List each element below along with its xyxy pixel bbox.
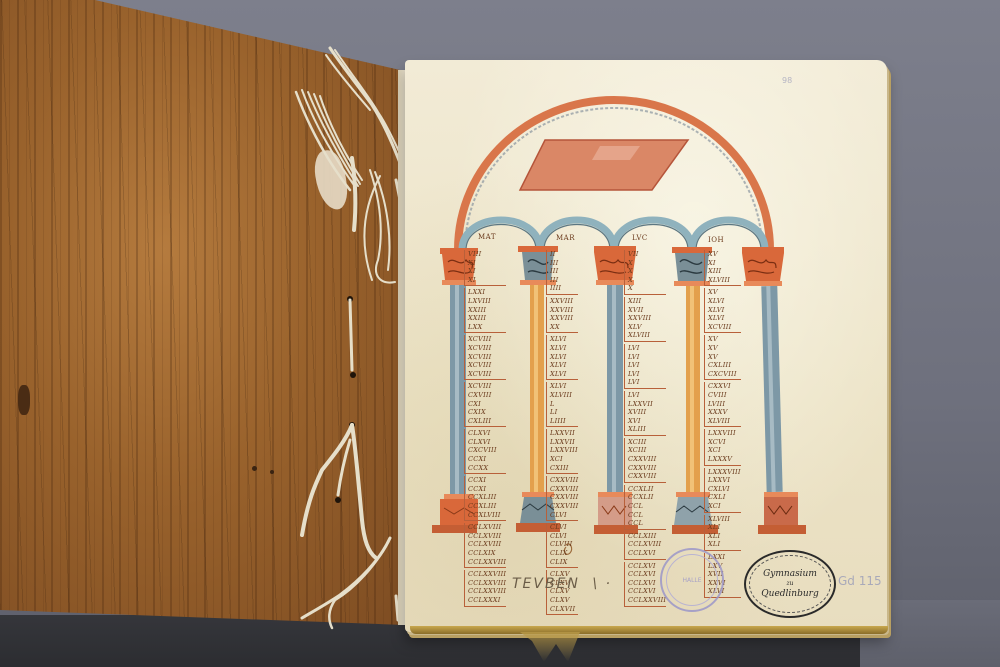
canon-numeral: CXXVIII — [628, 472, 666, 481]
canon-numeral: XI — [468, 259, 506, 268]
numeral-group: CLVICLVICLVIIICLIXCLIX — [546, 523, 578, 568]
canon-numeral: CCXLII — [628, 485, 666, 494]
canon-numeral: CLVI — [550, 523, 578, 532]
canon-numeral-column-ioh: XVXIXIIIXLVIIIXVXLVIXLVIXLVIXCVIIIXVXVXV… — [704, 250, 741, 600]
canon-numeral: LXXXV — [708, 455, 741, 464]
canon-numeral: XLVIII — [708, 515, 741, 524]
canon-numeral: XLIII — [628, 425, 666, 434]
canon-numeral: CXI — [468, 400, 506, 409]
canon-numeral: XX — [550, 323, 578, 332]
canon-numeral: XLI — [708, 532, 741, 541]
canon-numeral: X — [628, 267, 666, 276]
canon-numeral: VIII — [468, 250, 506, 259]
canon-numeral: III — [550, 259, 578, 268]
canon-numeral: CXVIII — [468, 391, 506, 400]
canon-numeral: XLVI — [550, 370, 578, 379]
canon-numeral: LXXI — [468, 288, 506, 297]
canon-numeral: LVI — [628, 353, 666, 362]
numeral-group: XVXIXIIIXLVIII — [704, 250, 741, 286]
canon-numeral: LXXVII — [628, 400, 666, 409]
canon-numeral-column-mar: IIIIIIIIIIIIIIIXXVIIIXXVIIIXXVIIIXXXLVIX… — [546, 250, 578, 617]
numeral-group: CCLXVIIICCLXVIIICCLXVIIICCLXIXCCLXXVIII — [464, 523, 506, 568]
canon-numeral: XV — [708, 250, 741, 259]
numeral-group: CCXLIICCXLIICCLCCLCCL — [624, 485, 666, 530]
canon-numeral: XLVIII — [550, 391, 578, 400]
canon-numeral: XCVIII — [468, 344, 506, 353]
numeral-group: XVXLVIXLVIXLVIXCVIII — [704, 288, 741, 333]
canon-numeral: CCXI — [468, 455, 506, 464]
canon-numeral: CCLXVI — [628, 549, 666, 558]
canon-numeral: XLI — [708, 540, 741, 549]
canon-numeral: XLVI — [708, 306, 741, 315]
canon-numeral: CCLXIX — [468, 549, 506, 558]
canon-numeral: XCVIII — [468, 335, 506, 344]
canon-numeral: CLXVII — [550, 605, 578, 614]
canon-numeral: XV — [708, 353, 741, 362]
signature-trailing: \ · — [592, 576, 612, 592]
canon-numeral: LVI — [628, 370, 666, 379]
canon-numeral: CLVI — [550, 532, 578, 541]
canon-numeral: CXXVIII — [628, 455, 666, 464]
library-stamp-violet: HALLE — [660, 548, 724, 612]
canon-numeral: CCXLVIII — [468, 511, 506, 520]
canon-numeral: CXXVI — [708, 382, 741, 391]
canon-numeral: CLXV — [550, 596, 578, 605]
header-luc: LVC — [632, 234, 648, 242]
canon-numeral: CCXI — [468, 485, 506, 494]
numeral-group: XCVIIICXVIIICXICXIXCXLIII — [464, 382, 506, 427]
canon-numeral: XXVIII — [628, 314, 666, 323]
canon-numeral: L — [550, 400, 578, 409]
canon-numeral: CCLXXVIII — [468, 570, 506, 579]
canon-numeral: LVI — [628, 391, 666, 400]
canon-numeral: CXXVIII — [550, 485, 578, 494]
canon-numeral: LXXVII — [550, 429, 578, 438]
canon-numeral: LXXVII — [550, 438, 578, 447]
canon-numeral: XVIII — [628, 408, 666, 417]
numeral-group: CCLXXVIIICCLXXVIIICCLXXVIIICCLXXXI — [464, 570, 506, 606]
header-label: IOH — [708, 236, 724, 244]
canon-numeral: XV — [708, 288, 741, 297]
canon-numeral: X — [628, 284, 666, 293]
canon-numeral: XXXV — [708, 408, 741, 417]
canon-numeral: CXLIII — [468, 417, 506, 426]
canon-numeral: CCXLII — [628, 493, 666, 502]
header-label: MAT — [478, 233, 496, 241]
numeral-group: XLVIXLVIXLVIXLVIXLVI — [546, 335, 578, 380]
canon-numeral: CCLXVIII — [468, 532, 506, 541]
numeral-group: IIIIIIIIIIIIIII — [546, 250, 578, 295]
canon-numeral: XLVIII — [628, 331, 666, 340]
canon-numeral: CLXVI — [468, 438, 506, 447]
canon-numeral: CCLXVIII — [628, 540, 666, 549]
canon-numeral: XXVIII — [550, 297, 578, 306]
canon-numeral: CXCVIII — [708, 370, 741, 379]
folio-mark: 98 — [782, 76, 792, 85]
canon-numeral: LXXVIII — [708, 429, 741, 438]
canon-numeral: CXXVIII — [550, 476, 578, 485]
canon-numeral: CXLVI — [708, 485, 741, 494]
canon-numeral: LXXVI — [708, 476, 741, 485]
header-label: MAR — [556, 234, 575, 242]
canon-numeral: XLVI — [708, 297, 741, 306]
canon-numeral: XLVI — [550, 344, 578, 353]
canon-numeral-column-mat: VIIIXIXIXILXXILXVIIIXXIIIXXIIILXXXCVIIIX… — [464, 250, 506, 609]
canon-numeral: XLI — [708, 523, 741, 532]
canon-numeral: XLVIII — [708, 276, 741, 285]
numeral-group: XXVIIIXXVIIIXXVIIIXX — [546, 297, 578, 333]
canon-numeral: XLVI — [550, 382, 578, 391]
stamp-inner-ring — [666, 554, 718, 606]
canon-numeral: XV — [708, 344, 741, 353]
canon-numeral: CCL — [628, 511, 666, 520]
numeral-group: CXXVICVIIILVIIIXXXVXLVIII — [704, 382, 741, 427]
canon-numeral: XLV — [628, 323, 666, 332]
canon-numeral: XI — [468, 267, 506, 276]
numeral-group: CLXVICLXVICXCVIIICCXICCXX — [464, 429, 506, 474]
canon-numeral: XCVIII — [468, 361, 506, 370]
shelfmark: Gd 115 — [838, 574, 882, 588]
canon-numeral: CLVI — [550, 511, 578, 520]
header-mar: MAR — [556, 234, 575, 242]
canon-numeral: III — [550, 267, 578, 276]
canon-numeral: CCLXXVIII — [628, 596, 666, 605]
numeral-group: VIIXXXX — [624, 250, 666, 295]
numeral-group: CXXVIIICXXVIIICXXVIIICXXVIIICLVI — [546, 476, 578, 521]
numeral-group: XIIIXVIIXXVIIIXLVXLVIII — [624, 297, 666, 342]
canon-numeral: XCVIII — [468, 370, 506, 379]
canon-numeral: XXVIII — [550, 306, 578, 315]
canon-numeral: LVI — [628, 361, 666, 370]
canon-numeral: CXXVIII — [550, 493, 578, 502]
canon-numeral: CLXVI — [468, 429, 506, 438]
canon-numeral: CLIX — [550, 558, 578, 567]
canon-numeral: CXIX — [468, 408, 506, 417]
canon-numeral: XLVI — [550, 361, 578, 370]
header-ioh: IOH — [708, 236, 724, 244]
canon-numeral: XLVI — [708, 314, 741, 323]
canon-numeral: XIII — [628, 297, 666, 306]
canon-numeral: LXX — [468, 323, 506, 332]
stamp-inner-ring — [749, 555, 831, 613]
canon-numeral: CLIX — [550, 549, 578, 558]
canon-numeral: XXVIII — [550, 314, 578, 323]
numeral-group: CCXICCXICCXLIIICCXLIIICCXLVIII — [464, 476, 506, 521]
canon-numeral: XCIII — [628, 446, 666, 455]
canon-numeral: X — [628, 276, 666, 285]
numeral-group: LVILVILVILVILVI — [624, 344, 666, 389]
canon-numeral: IIII — [550, 284, 578, 293]
canon-numeral: XLVI — [550, 335, 578, 344]
canon-numeral: CXXVIII — [628, 464, 666, 473]
canon-numeral: VII — [628, 250, 666, 259]
canon-numeral: XV — [708, 335, 741, 344]
owner-signature: TEVBEN \ · — [512, 576, 612, 592]
canon-numeral: CCLXVIII — [468, 540, 506, 549]
canon-numeral: LXVIII — [468, 297, 506, 306]
canon-numeral: XI — [468, 276, 506, 285]
canon-numeral: LVIII — [708, 400, 741, 409]
numeral-group: LXXILXVIIIXXIIIXXIIILXX — [464, 288, 506, 333]
canon-numeral: XI — [708, 259, 741, 268]
header-mat: MAT — [478, 233, 496, 241]
numeral-group: XLVIXLVIIILLILIIII — [546, 382, 578, 427]
canon-numeral: CCXI — [468, 476, 506, 485]
numeral-group: LXXVIILXXVIILXXVIIIXCICXIII — [546, 429, 578, 474]
canon-numeral: XCIII — [628, 438, 666, 447]
canon-numeral: CCLXXVIII — [468, 579, 506, 588]
canon-numeral: XCVI — [708, 438, 741, 447]
numeral-group: XCIIIXCIIICXXVIIICXXVIIICXXVIII — [624, 438, 666, 483]
canon-numeral: LI — [550, 408, 578, 417]
numeral-group: VIIIXIXIXI — [464, 250, 506, 286]
canon-numeral: CXLIII — [708, 361, 741, 370]
canon-numeral: XVI — [628, 417, 666, 426]
canon-numeral: CCL — [628, 502, 666, 511]
canon-numeral: II — [550, 250, 578, 259]
canon-numeral: XCI — [708, 446, 741, 455]
canon-numeral: X — [628, 259, 666, 268]
canon-numeral: CCLXXVIII — [468, 558, 506, 567]
canon-numeral: CCLXIII — [628, 532, 666, 541]
header-label: LVC — [632, 234, 648, 242]
canon-numeral: XLVI — [550, 353, 578, 362]
canon-numeral: LXXVIII — [550, 446, 578, 455]
canon-numeral: LIIII — [550, 417, 578, 426]
numeral-group: XLVIIIXLIXLIXLI — [704, 515, 741, 551]
canon-numeral: CCXLIII — [468, 502, 506, 511]
canon-numeral: XIII — [708, 267, 741, 276]
canon-numeral: LVI — [628, 344, 666, 353]
canon-numeral: CXCVIII — [468, 446, 506, 455]
canon-numeral: LVI — [628, 378, 666, 387]
canon-numeral: XCI — [708, 502, 741, 511]
canon-numeral: CCL — [628, 519, 666, 528]
canon-numeral: CCLXXVIII — [468, 587, 506, 596]
canon-numeral: CCLXXXI — [468, 596, 506, 605]
numeral-group: CCLXIIICCLXVIIICCLXVI — [624, 532, 666, 560]
numeral-group: LXXVIIIXCVIXCILXXXV — [704, 429, 741, 465]
canon-numeral: CCLXVI — [628, 562, 666, 571]
gymnasium-stamp: Gymnasium zu Quedlinburg — [744, 550, 836, 618]
canon-numeral: XCVIII — [468, 382, 506, 391]
canon-numeral: CLVIII — [550, 540, 578, 549]
canon-numeral: CXXVIII — [550, 502, 578, 511]
column-5 — [742, 247, 806, 534]
canon-numeral: CCXLIII — [468, 493, 506, 502]
canon-numeral: CCXX — [468, 464, 506, 473]
canon-numeral: CXLI — [708, 493, 741, 502]
numeral-group: XVXVXVCXLIIICXCVIII — [704, 335, 741, 380]
canon-numeral: LXXXVIII — [708, 468, 741, 477]
numeral-group: LVILXXVIIXVIIIXVIXLIII — [624, 391, 666, 436]
canon-numeral-column-luc: VIIXXXXXIIIXVIIXXVIIIXLVXLVIIILVILVILVIL… — [624, 250, 666, 609]
numeral-group: XCVIIIXCVIIIXCVIIIXCVIIIXCVIII — [464, 335, 506, 380]
canon-numeral: CXIII — [550, 464, 578, 473]
numeral-group: LXXXVIIILXXVICXLVICXLIXCI — [704, 468, 741, 513]
canon-numeral: XVII — [628, 306, 666, 315]
canon-numeral: XCVIII — [708, 323, 741, 332]
canon-numeral: CVIII — [708, 391, 741, 400]
canon-numeral: III — [550, 276, 578, 285]
canon-numeral: CCLXVIII — [468, 523, 506, 532]
canon-numeral: XXIII — [468, 306, 506, 315]
canon-numeral: XCI — [550, 455, 578, 464]
canon-numeral: XXIII — [468, 314, 506, 323]
canon-numeral: XLVIII — [708, 417, 741, 426]
signature-text: TEVBEN — [512, 576, 580, 592]
canon-numeral: XCVIII — [468, 353, 506, 362]
